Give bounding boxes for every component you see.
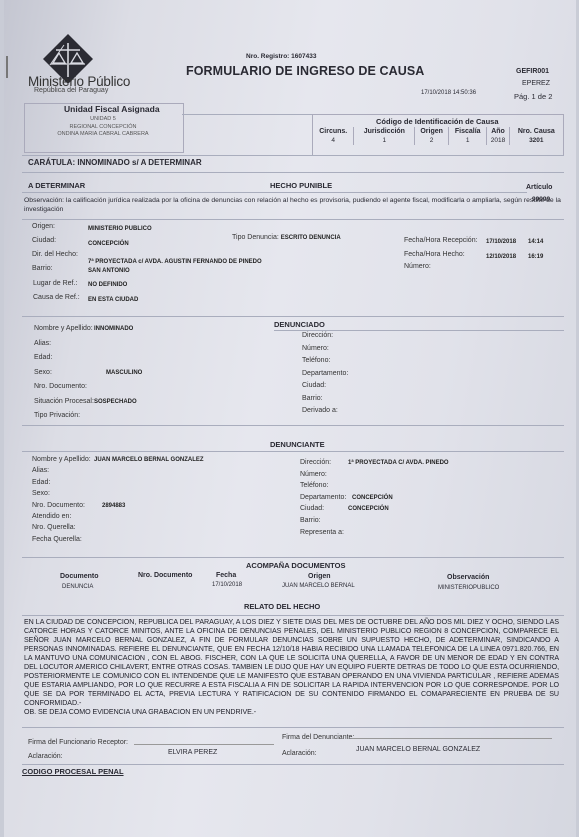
denunciante-field-label: Dirección: [300,459,331,466]
unidad-fiscal-line: UNIDAD 5 [24,116,182,122]
ciudad-label: Ciudad: [32,237,56,244]
divider [22,451,564,452]
denunciante-field-label: Nro. Querella: [32,524,76,531]
divider [22,764,564,765]
lugar-ref-label: Lugar de Ref.: [33,280,77,287]
denunciante-field-label: Atendido en: [32,513,71,520]
origen-value: MINISTERIO PUBLICO [88,226,152,232]
tipo-denuncia: Tipo Denuncia: ESCRITO DENUNCIA [232,234,341,241]
observacion-text: Observación: la calificación jurídica re… [24,196,562,214]
causa-ref-label: Causa de Ref.: [33,294,80,301]
denunciado-field-label: Alias: [34,340,51,347]
denunciante-field-label: Ciudad: [300,505,324,512]
codigo-causa-table: Circuns. Jurisdicción Origen Fiscalía Añ… [313,127,563,145]
unidad-fiscal-title: Unidad Fiscal Asignada [64,104,160,114]
denunciado-field-value: SOSPECHADO [94,399,137,405]
documentos-title: ACOMPAÑA DOCUMENTOS [246,561,345,570]
page-indicator: Pág. 1 de 2 [514,92,552,101]
denunciado-field-label: Nombre y Apellido: [34,325,93,332]
form-title: FORMULARIO DE INGRESO DE CAUSA [186,64,424,78]
print-timestamp: 17/10/2018 14:50:36 [421,90,476,96]
nro-causa-cell: 3201 [509,136,563,145]
denunciado-field-label: Barrio: [302,395,323,402]
denunciado-field-label: Edad: [34,354,52,361]
form-code: GEFIR001 [516,68,549,75]
divider [22,172,564,173]
doc-cell: MINISTERIOPUBLICO [438,585,499,591]
aclaracion-label: Aclaración: [28,753,63,760]
col-header: Origen [415,127,449,136]
recepcion-fecha: 17/10/2018 [486,239,516,245]
divider [22,615,564,616]
cell: 1 [354,136,415,145]
fecha-hecho-fecha: 12/10/2018 [486,254,516,260]
denunciado-field-label: Departamento: [302,370,348,377]
col-header: Nro. Causa [509,127,563,136]
divider [22,425,564,426]
divider [22,727,564,728]
caratula: CARÁTULA: INNOMINADO s/ A DETERMINAR [28,158,202,167]
denunciante-title: DENUNCIANTE [270,440,325,449]
denunciante-field-label: Nombre y Apellido: [32,456,91,463]
doc-col-header: Observación [447,574,489,581]
firma-denunciante-line [352,738,552,739]
recepcion-hora: 14:14 [528,239,543,245]
denunciado-field-label: Número: [302,345,329,352]
denunciante-field-value: CONCEPCIÓN [348,506,389,512]
cell: 2018 [487,136,509,145]
cell: 4 [313,136,354,145]
codigo-causa-title: Código de Identificación de Causa [376,117,499,126]
fecha-hecho-hora: 16:19 [528,254,543,260]
denunciante-field-label: Edad: [32,479,50,486]
causa-ref-value: EN ESTA CIUDAD [88,297,138,303]
unidad-fiscal-line: ONDINA MARIA CABRAL CABRERA [24,131,182,137]
doc-col-header: Documento [60,573,99,580]
denunciado-field-label: Dirección: [302,332,333,339]
barrio-value: SAN ANTONIO [88,268,130,274]
staple-mark [6,56,8,78]
dir-hecho-label: Dir. del Hecho: [32,251,78,258]
doc-col-header: Fecha [216,572,236,579]
denunciado-field-label: Situación Procesal: [34,398,94,405]
denunciado-field-value: INNOMINADO [94,326,133,332]
denunciado-field-label: Teléfono: [302,357,330,364]
denunciado-field-value: MASCULINO [106,370,142,376]
denunciante-field-label: Sexo: [32,490,50,497]
relato-title: RELATO DEL HECHO [244,602,320,611]
denunciado-field-label: Ciudad: [302,382,326,389]
denunciante-field-value: 1ª PROYECTADA C/ AVDA. PINEDO [348,460,449,466]
denunciante-field-label: Nro. Documento: [32,502,85,509]
denunciante-field-value: CONCEPCIÓN [352,495,393,501]
org-subtitle: República del Paraguay [34,87,108,94]
ciudad-value: CONCEPCIÓN [88,241,129,247]
registro-number: Nro. Registro: 1607433 [246,53,316,60]
codigo-procesal-penal: CODIGO PROCESAL PENAL [22,767,124,776]
form-page: Ministerio Público República del Paragua… [4,0,576,837]
hecho-left: A DETERMINAR [28,181,85,190]
col-header: Año [487,127,509,136]
firma-funcionario-label: Firma del Funcionario Receptor: [28,739,128,746]
hecho-punible-title: HECHO PUNIBLE [270,181,332,190]
origen-label: Origen: [32,223,55,230]
user-id: EPEREZ [522,80,550,87]
unidad-fiscal-line: REGIONAL CONCEPCIÓN [24,124,182,130]
divider [22,219,564,220]
denunciante-field-value: 2894883 [102,503,125,509]
firma-funcionario-line [134,744,274,745]
numero-label: Número: [404,263,431,270]
denunciado-field-label: Sexo: [34,369,52,376]
aclaracion-label: Aclaración: [282,750,317,757]
recepcion-label: Fecha/Hora Recepción: [404,237,478,244]
articulo-label: Artículo [526,184,552,191]
barrio-label: Barrio: [32,265,53,272]
denunciado-field-label: Nro. Documento: [34,383,87,390]
doc-cell: 17/10/2018 [212,582,242,588]
doc-col-header: Origen [308,573,331,580]
relato-ob: OB. SE DEJA COMO EVIDENCIA UNA GRABACION… [24,708,256,716]
denunciado-field-label: Derivado a: [302,407,338,414]
doc-cell: JUAN MARCELO BERNAL [282,583,355,589]
divider [22,557,564,558]
doc-col-header: Nro. Documento [138,572,192,579]
cell: 1 [449,136,487,145]
divider [22,155,564,156]
denunciante-field-value: JUAN MARCELO BERNAL GONZALEZ [94,457,204,463]
denunciante-aclaracion: JUAN MARCELO BERNAL GONZALEZ [356,746,480,753]
denunciante-field-label: Barrio: [300,517,321,524]
col-header: Fiscalía [449,127,487,136]
denunciado-title: DENUNCIADO [274,320,325,329]
divider [22,192,527,193]
divider [22,316,564,317]
denunciante-field-label: Departamento: [300,494,346,501]
fecha-hecho-label: Fecha/Hora Hecho: [404,251,465,258]
divider [274,330,564,331]
lugar-ref-value: NO DEFINIDO [88,282,127,288]
cell: 2 [415,136,449,145]
funcionario-aclaracion: ELVIRA PEREZ [168,749,217,756]
denunciado-field-label: Tipo Privación: [34,412,80,419]
denunciante-field-label: Alias: [32,467,49,474]
col-header: Circuns. [313,127,354,136]
denunciante-field-label: Fecha Querella: [32,536,82,543]
relato-text: EN LA CIUDAD DE CONCEPCION, REPUBLICA DE… [24,618,559,717]
denunciante-field-label: Número: [300,471,327,478]
doc-cell: DENUNCIA [62,584,93,590]
col-header: Jurisdicción [354,127,415,136]
dir-hecho-value: 7ª PROYECTADA c/ AVDA. AGUSTIN FERNANDO … [88,259,262,265]
denunciante-field-label: Representa a: [300,529,344,536]
denunciante-field-label: Teléfono: [300,482,328,489]
firma-denunciante-label: Firma del Denunciante: [282,734,354,741]
